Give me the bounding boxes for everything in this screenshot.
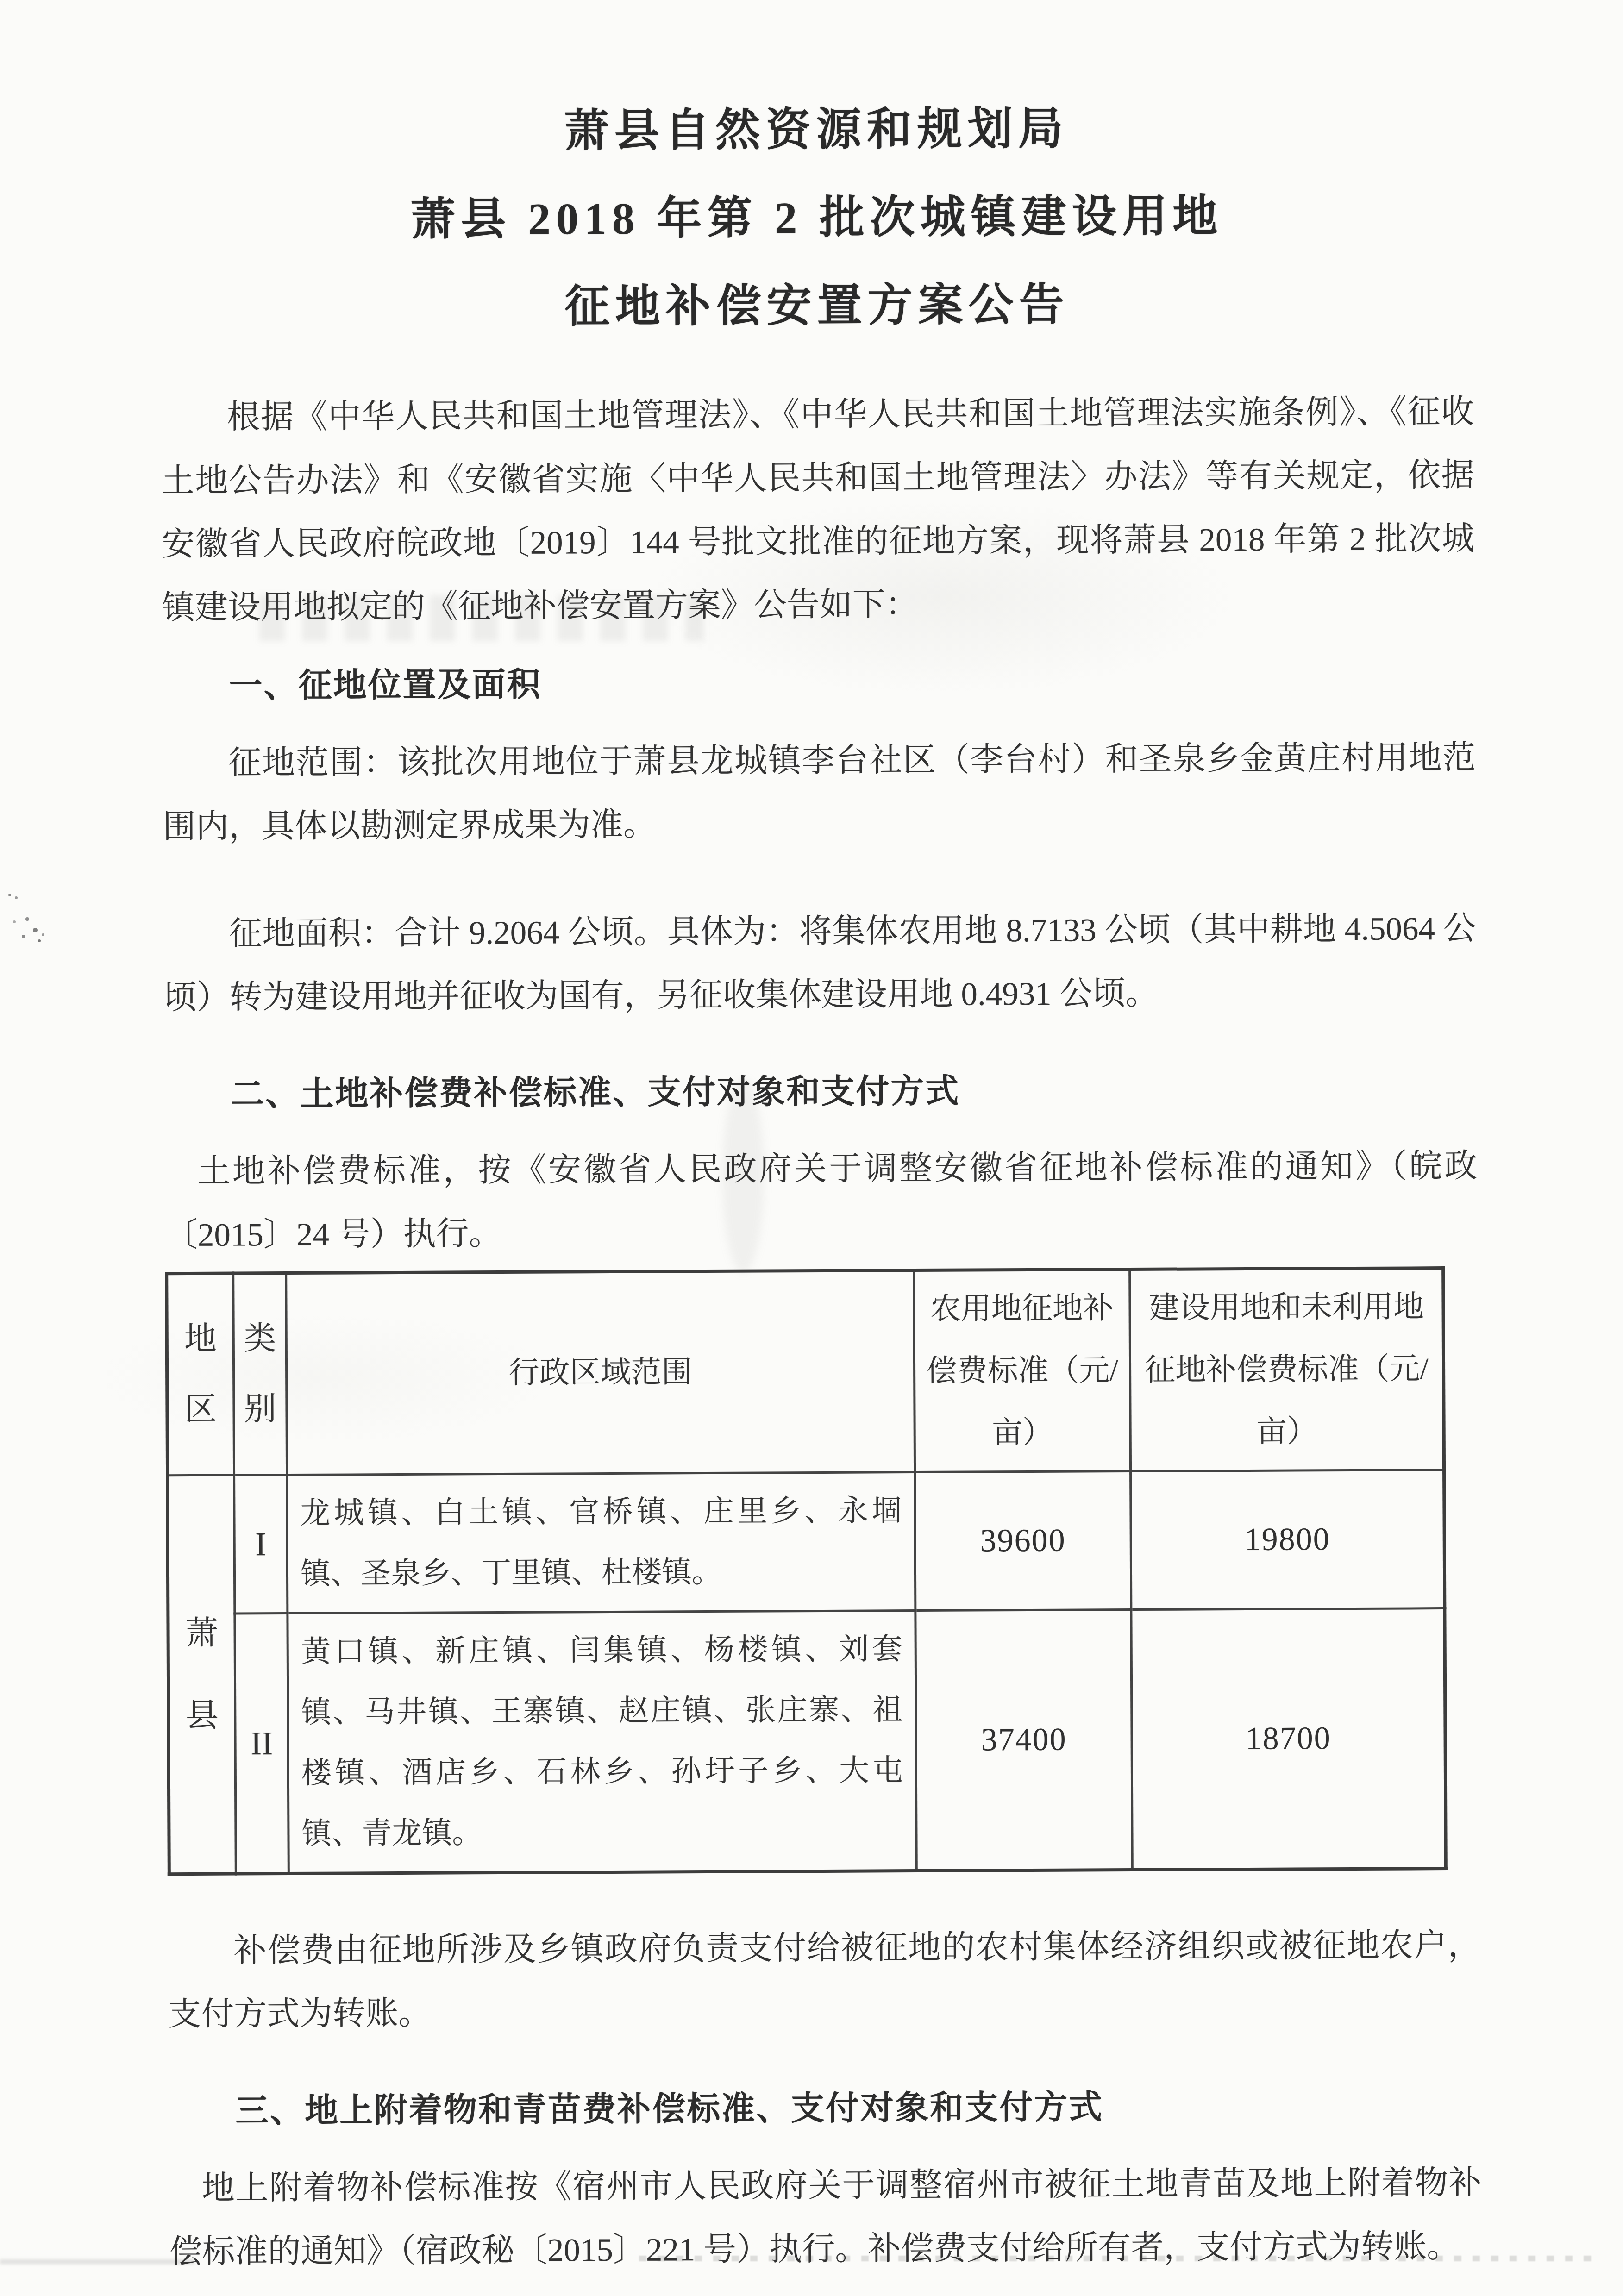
title-batch: 萧县 2018 年第 2 批次城镇建设用地 xyxy=(160,171,1473,265)
title-announcement-type: 征地补偿安置方案公告 xyxy=(161,259,1474,353)
section2-paragraph-payment: 补偿费由征地所涉及乡镇政府负责支付给被征地的农村集体经济组织或被征地农户，支付方… xyxy=(168,1914,1481,2046)
cell-farmland-value-1: 39600 xyxy=(915,1471,1131,1611)
table-row-category-1: 萧县 I 龙城镇、白土镇、官桥镇、庄里乡、永堌镇、圣泉乡、丁里镇、杜楼镇。 39… xyxy=(168,1470,1445,1614)
table-header-row: 地区 类别 行政区域范围 农用地征地补偿费标准（元/亩） 建设用地和未利用地征地… xyxy=(167,1268,1444,1476)
cell-scope-1: 龙城镇、白土镇、官桥镇、庄里乡、永堌镇、圣泉乡、丁里镇、杜楼镇。 xyxy=(287,1472,915,1614)
section1-paragraph-area: 征地面积：合计 9.2064 公顷。具体为：将集体农用地 8.7133 公顷（其… xyxy=(163,897,1477,1030)
document-title: 萧县自然资源和规划局 萧县 2018 年第 2 批次城镇建设用地 征地补偿安置方… xyxy=(160,83,1473,353)
column-header-category: 类别 xyxy=(233,1273,287,1475)
cell-region-label: 萧县 xyxy=(182,1592,221,1757)
section2-heading: 二、土地补偿费补偿标准、支付对象和支付方式 xyxy=(164,1057,1477,1126)
scan-speckle-artifact xyxy=(8,894,11,896)
column-header-region-label: 地区 xyxy=(182,1304,219,1445)
table-row-category-2: II 黄口镇、新庄镇、闫集镇、杨楼镇、刘套镇、马井镇、王寨镇、赵庄镇、张庄寨、祖… xyxy=(168,1608,1446,1874)
compensation-standards-table: 地区 类别 行政区域范围 农用地征地补偿费标准（元/亩） 建设用地和未利用地征地… xyxy=(165,1266,1448,1876)
column-header-category-label: 类别 xyxy=(241,1304,279,1445)
column-header-admin-scope: 行政区域范围 xyxy=(286,1270,915,1475)
title-agency: 萧县自然资源和规划局 xyxy=(160,83,1473,177)
cell-region: 萧县 xyxy=(168,1475,236,1874)
document-content: 萧县自然资源和规划局 萧县 2018 年第 2 批次城镇建设用地 征地补偿安置方… xyxy=(160,83,1482,2284)
section1-heading: 一、征地位置及面积 xyxy=(162,649,1475,718)
cell-scope-2: 黄口镇、新庄镇、闫集镇、杨楼镇、刘套镇、马井镇、王寨镇、赵庄镇、张庄寨、祖楼镇、… xyxy=(288,1611,916,1874)
column-header-construction-standard: 建设用地和未利用地征地补偿费标准（元/亩） xyxy=(1130,1268,1444,1471)
intro-paragraph: 根据《中华人民共和国土地管理法》、《中华人民共和国土地管理法实施条例》、《征收土… xyxy=(161,381,1475,640)
section3-paragraph-standard: 地上附着物补偿标准按《宿州市人民政府关于调整宿州市被征土地青苗及地上附着物补偿标… xyxy=(169,2152,1482,2284)
cell-category-2: II xyxy=(235,1614,288,1874)
cell-category-1: I xyxy=(234,1475,288,1614)
cell-farmland-value-2: 37400 xyxy=(915,1610,1132,1871)
cell-construction-value-1: 19800 xyxy=(1131,1470,1445,1610)
section1-paragraph-scope: 征地范围：该批次用地位于萧县龙城镇李台社区（李台村）和圣泉乡金黄庄村用地范围内，… xyxy=(163,726,1476,859)
section3-heading: 三、地上附着物和青苗费补偿标准、支付对象和支付方式 xyxy=(169,2074,1482,2143)
scanned-document-page: { "document": { "title": { "line1": "萧县自… xyxy=(0,0,1623,2296)
column-header-farmland-standard: 农用地征地补偿费标准（元/亩） xyxy=(914,1270,1131,1472)
cell-construction-value-2: 18700 xyxy=(1131,1608,1446,1870)
scan-noise-band-left xyxy=(0,2259,194,2264)
column-header-region: 地区 xyxy=(167,1273,234,1476)
section2-paragraph-standard: 土地补偿费标准，按《安徽省人民政府关于调整安徽省征地补偿标准的通知》（皖政〔20… xyxy=(164,1135,1478,1267)
